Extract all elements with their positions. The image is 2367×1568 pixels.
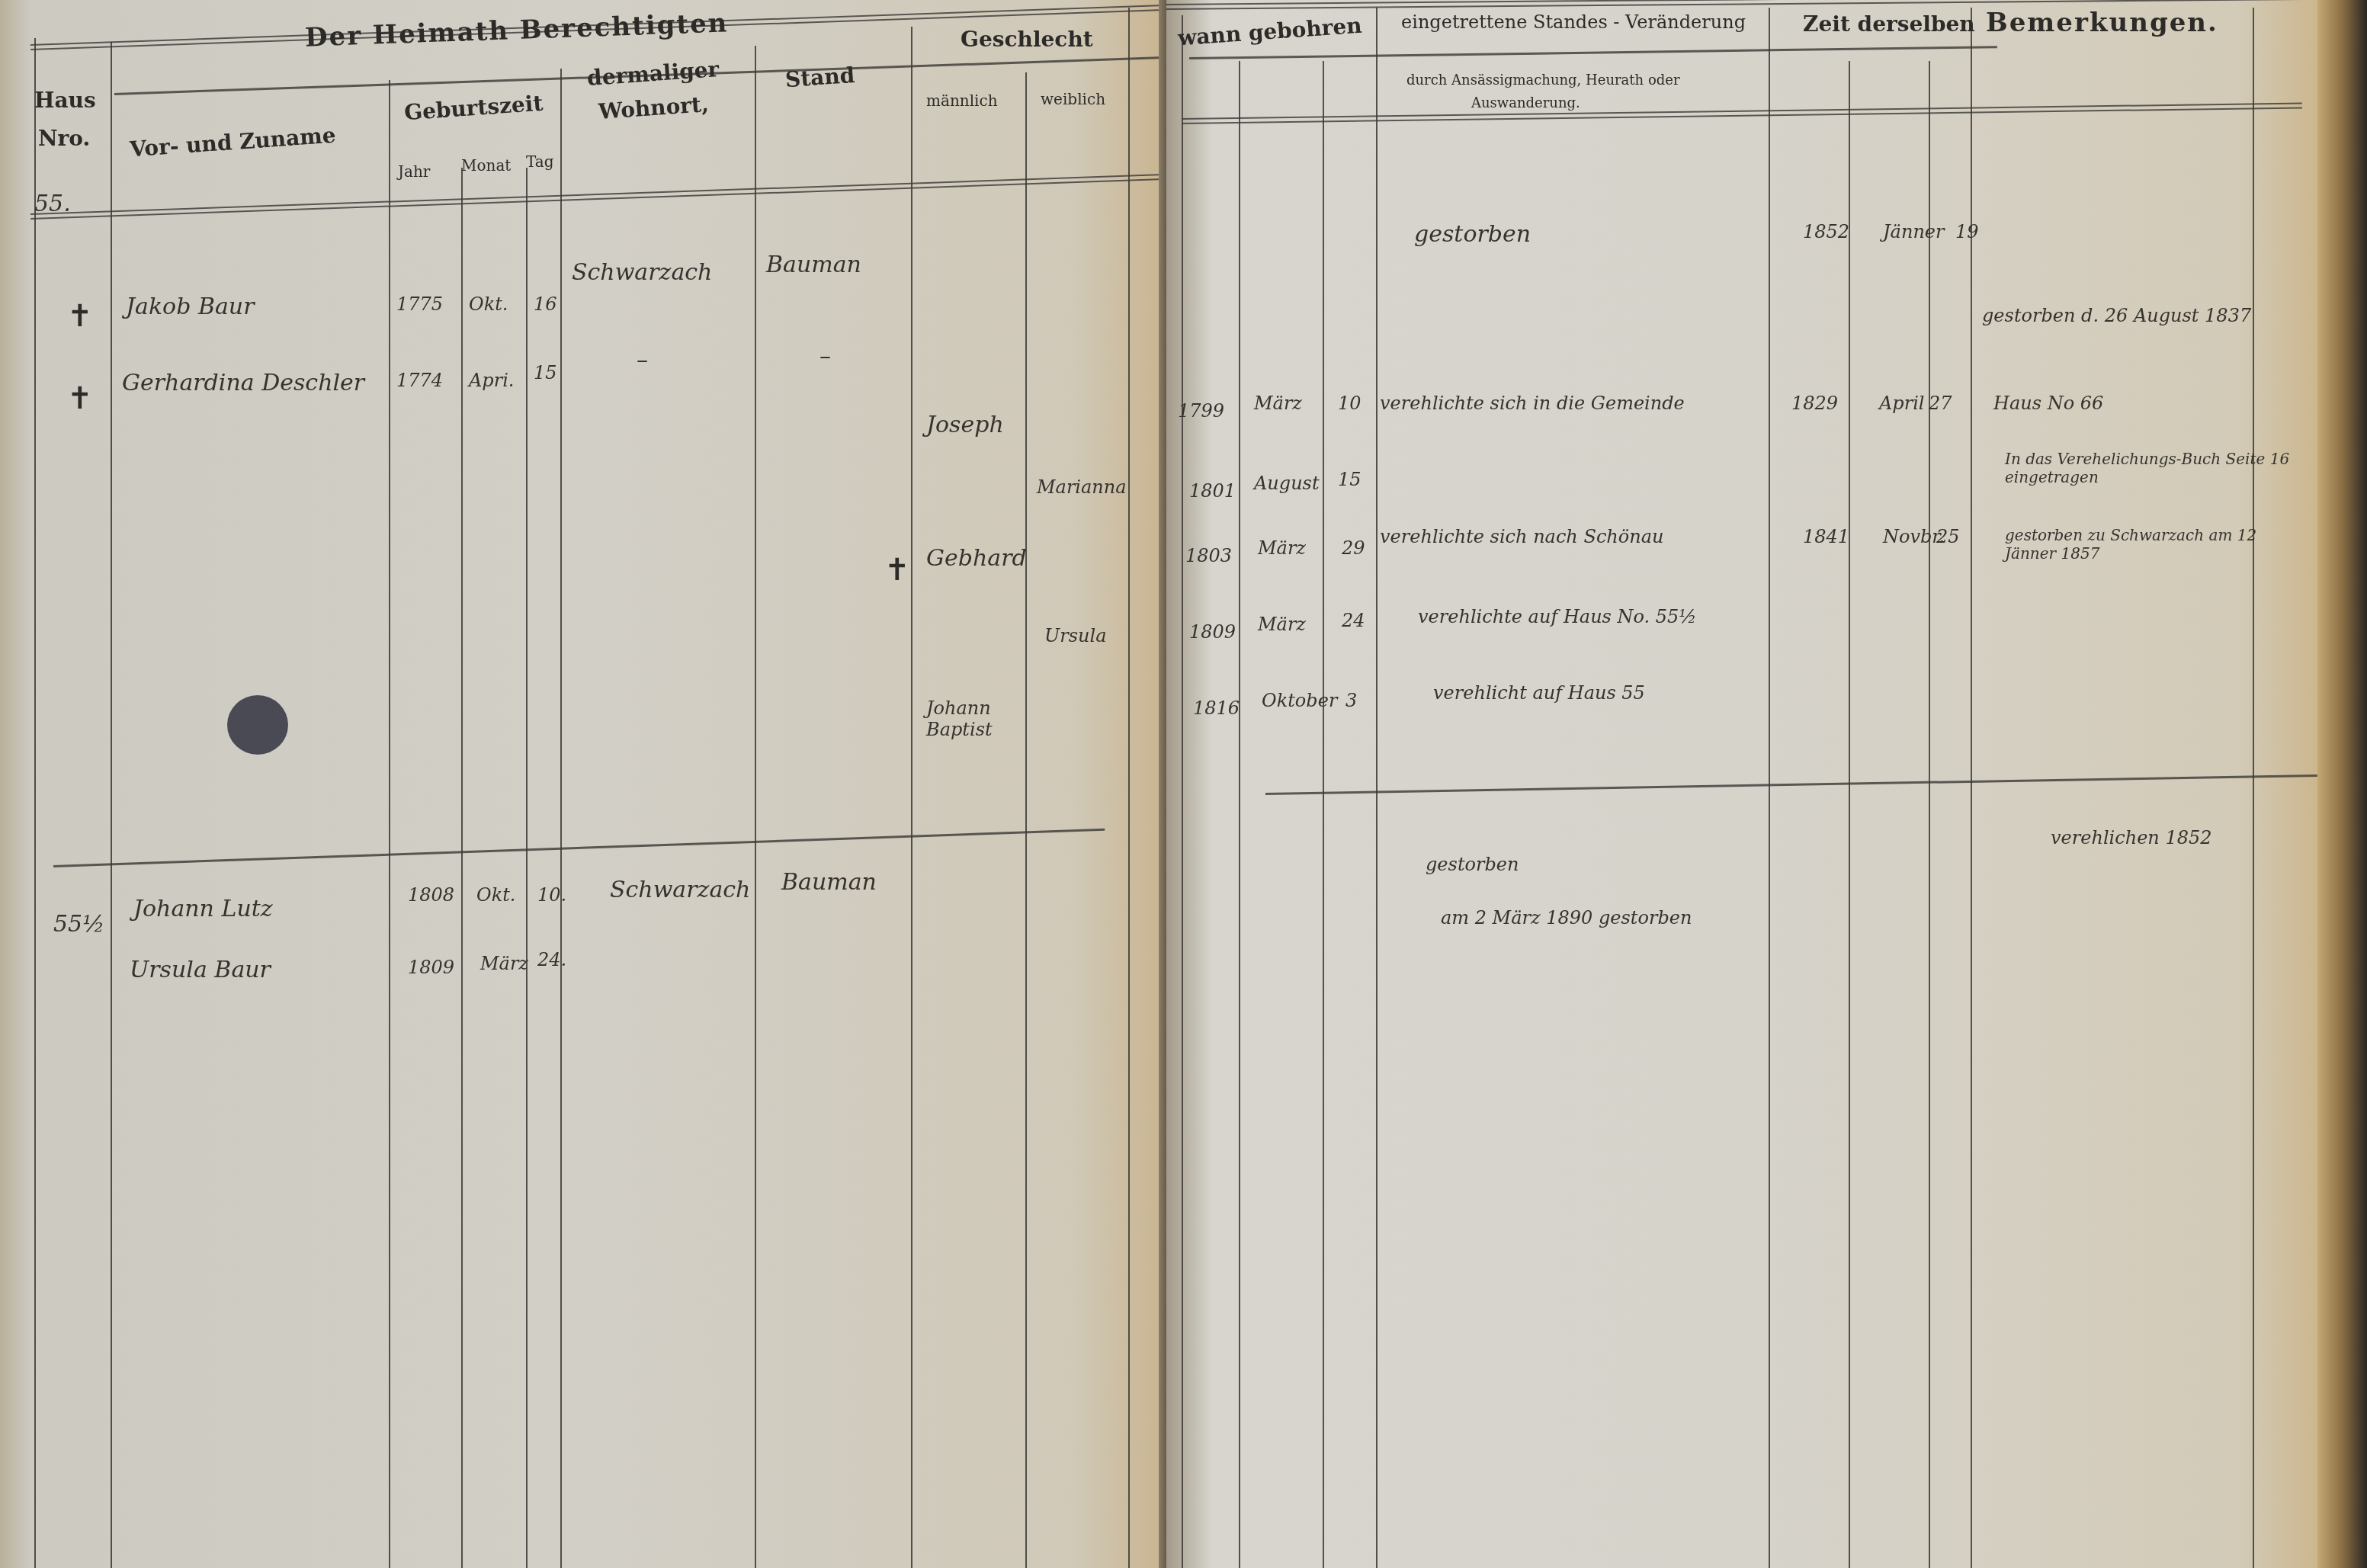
rule — [911, 27, 912, 1568]
rule — [111, 42, 112, 1568]
rule — [461, 168, 463, 1568]
col-haus: Haus — [34, 88, 96, 113]
child-male: Joseph — [926, 412, 1004, 438]
entry-jahr: 1774 — [396, 370, 443, 391]
col-weiblich: weiblich — [1041, 90, 1105, 108]
entry-name: Ursula Baur — [130, 957, 271, 983]
page-edge — [2317, 0, 2367, 1568]
col-name: Vor- und Zuname — [129, 123, 336, 162]
child-female: Marianna — [1037, 476, 1127, 498]
entry-name: Jakob Baur — [126, 293, 255, 320]
rule — [1182, 15, 1183, 1568]
entry-stand: Bauman — [766, 252, 861, 278]
rule — [1769, 8, 1770, 1568]
col-geburt-monat: Monat — [461, 156, 511, 175]
entry-separator — [53, 829, 1105, 867]
entry-jahr: 1775 — [396, 293, 443, 315]
rule — [755, 46, 756, 1568]
entry-monat: Okt. — [476, 884, 516, 906]
rule — [389, 80, 390, 1568]
col-geburt-jahr: Jahr — [398, 162, 430, 181]
child-male: Johann Baptist — [926, 697, 1041, 740]
col-wohnort-1: dermaliger — [586, 56, 720, 91]
header-top-rule — [1166, 0, 2325, 10]
entry-stand: – — [819, 343, 831, 370]
rule — [1971, 8, 1972, 1568]
rule — [526, 168, 528, 1568]
rule — [34, 38, 36, 1568]
entry-tag: 24. — [537, 949, 566, 970]
rule — [1376, 8, 1378, 1568]
rule — [1929, 61, 1930, 1568]
left-page: Der Heimath Berechtigten Haus Nro. Vor- … — [0, 0, 1168, 1568]
entry-wohnort: – — [637, 347, 648, 374]
entry-tag: 10. — [537, 884, 566, 906]
death-cross-icon: ✝ — [67, 381, 93, 416]
entry-monat: Apri. — [469, 370, 514, 391]
death-cross-icon: ✝ — [67, 299, 93, 334]
entry-name: Johann Lutz — [133, 896, 273, 922]
entry-jahr: 1808 — [408, 884, 454, 906]
rule — [1849, 61, 1850, 1568]
col-geburtszeit: Geburtszeit — [403, 91, 544, 126]
rule — [2253, 8, 2254, 1568]
rule — [560, 69, 562, 1568]
entry-tag: 16 — [534, 293, 557, 315]
col-maennlich: männlich — [926, 91, 998, 110]
entry-tag: 15 — [534, 362, 557, 383]
death-cross-icon: ✝ — [884, 553, 910, 588]
entry-jahr: 1809 — [408, 957, 454, 978]
child-male: Gebhard — [926, 545, 1027, 572]
entry-monat: Okt. — [469, 293, 508, 315]
rule — [1323, 61, 1324, 1568]
right-page: wann gebohren Jahr Monat Tag eingetrette… — [1166, 0, 2356, 1568]
entry-wohnort: Schwarzach — [610, 877, 750, 903]
entry-stand: Bauman — [781, 869, 877, 896]
rule — [1025, 72, 1027, 1568]
entry-monat: März — [480, 953, 528, 974]
page-title: Der Heimath Berechtigten — [304, 8, 729, 53]
house-number: 55. — [34, 191, 71, 217]
col-geschlecht: Geschlecht — [961, 27, 1093, 52]
col-geburt-tag: Tag — [526, 152, 554, 171]
open-ledger: Der Heimath Berechtigten Haus Nro. Vor- … — [0, 0, 2367, 1568]
col-stand: Stand — [784, 63, 855, 92]
entry-wohnort: Schwarzach — [572, 259, 712, 286]
header-bottom-rule — [1182, 102, 2302, 124]
header-bottom-rule — [30, 174, 1166, 220]
entry-name: Gerhardina Deschler — [122, 370, 364, 396]
rule — [1239, 61, 1240, 1568]
header-mid-rule — [1189, 46, 1997, 59]
house-number: 55½ — [53, 911, 104, 938]
ink-blot — [227, 695, 288, 755]
child-female: Ursula — [1044, 625, 1106, 646]
rule — [1128, 8, 1130, 1568]
col-wohnort-2: Wohnort, — [598, 91, 710, 124]
col-nro: Nro. — [38, 126, 90, 151]
